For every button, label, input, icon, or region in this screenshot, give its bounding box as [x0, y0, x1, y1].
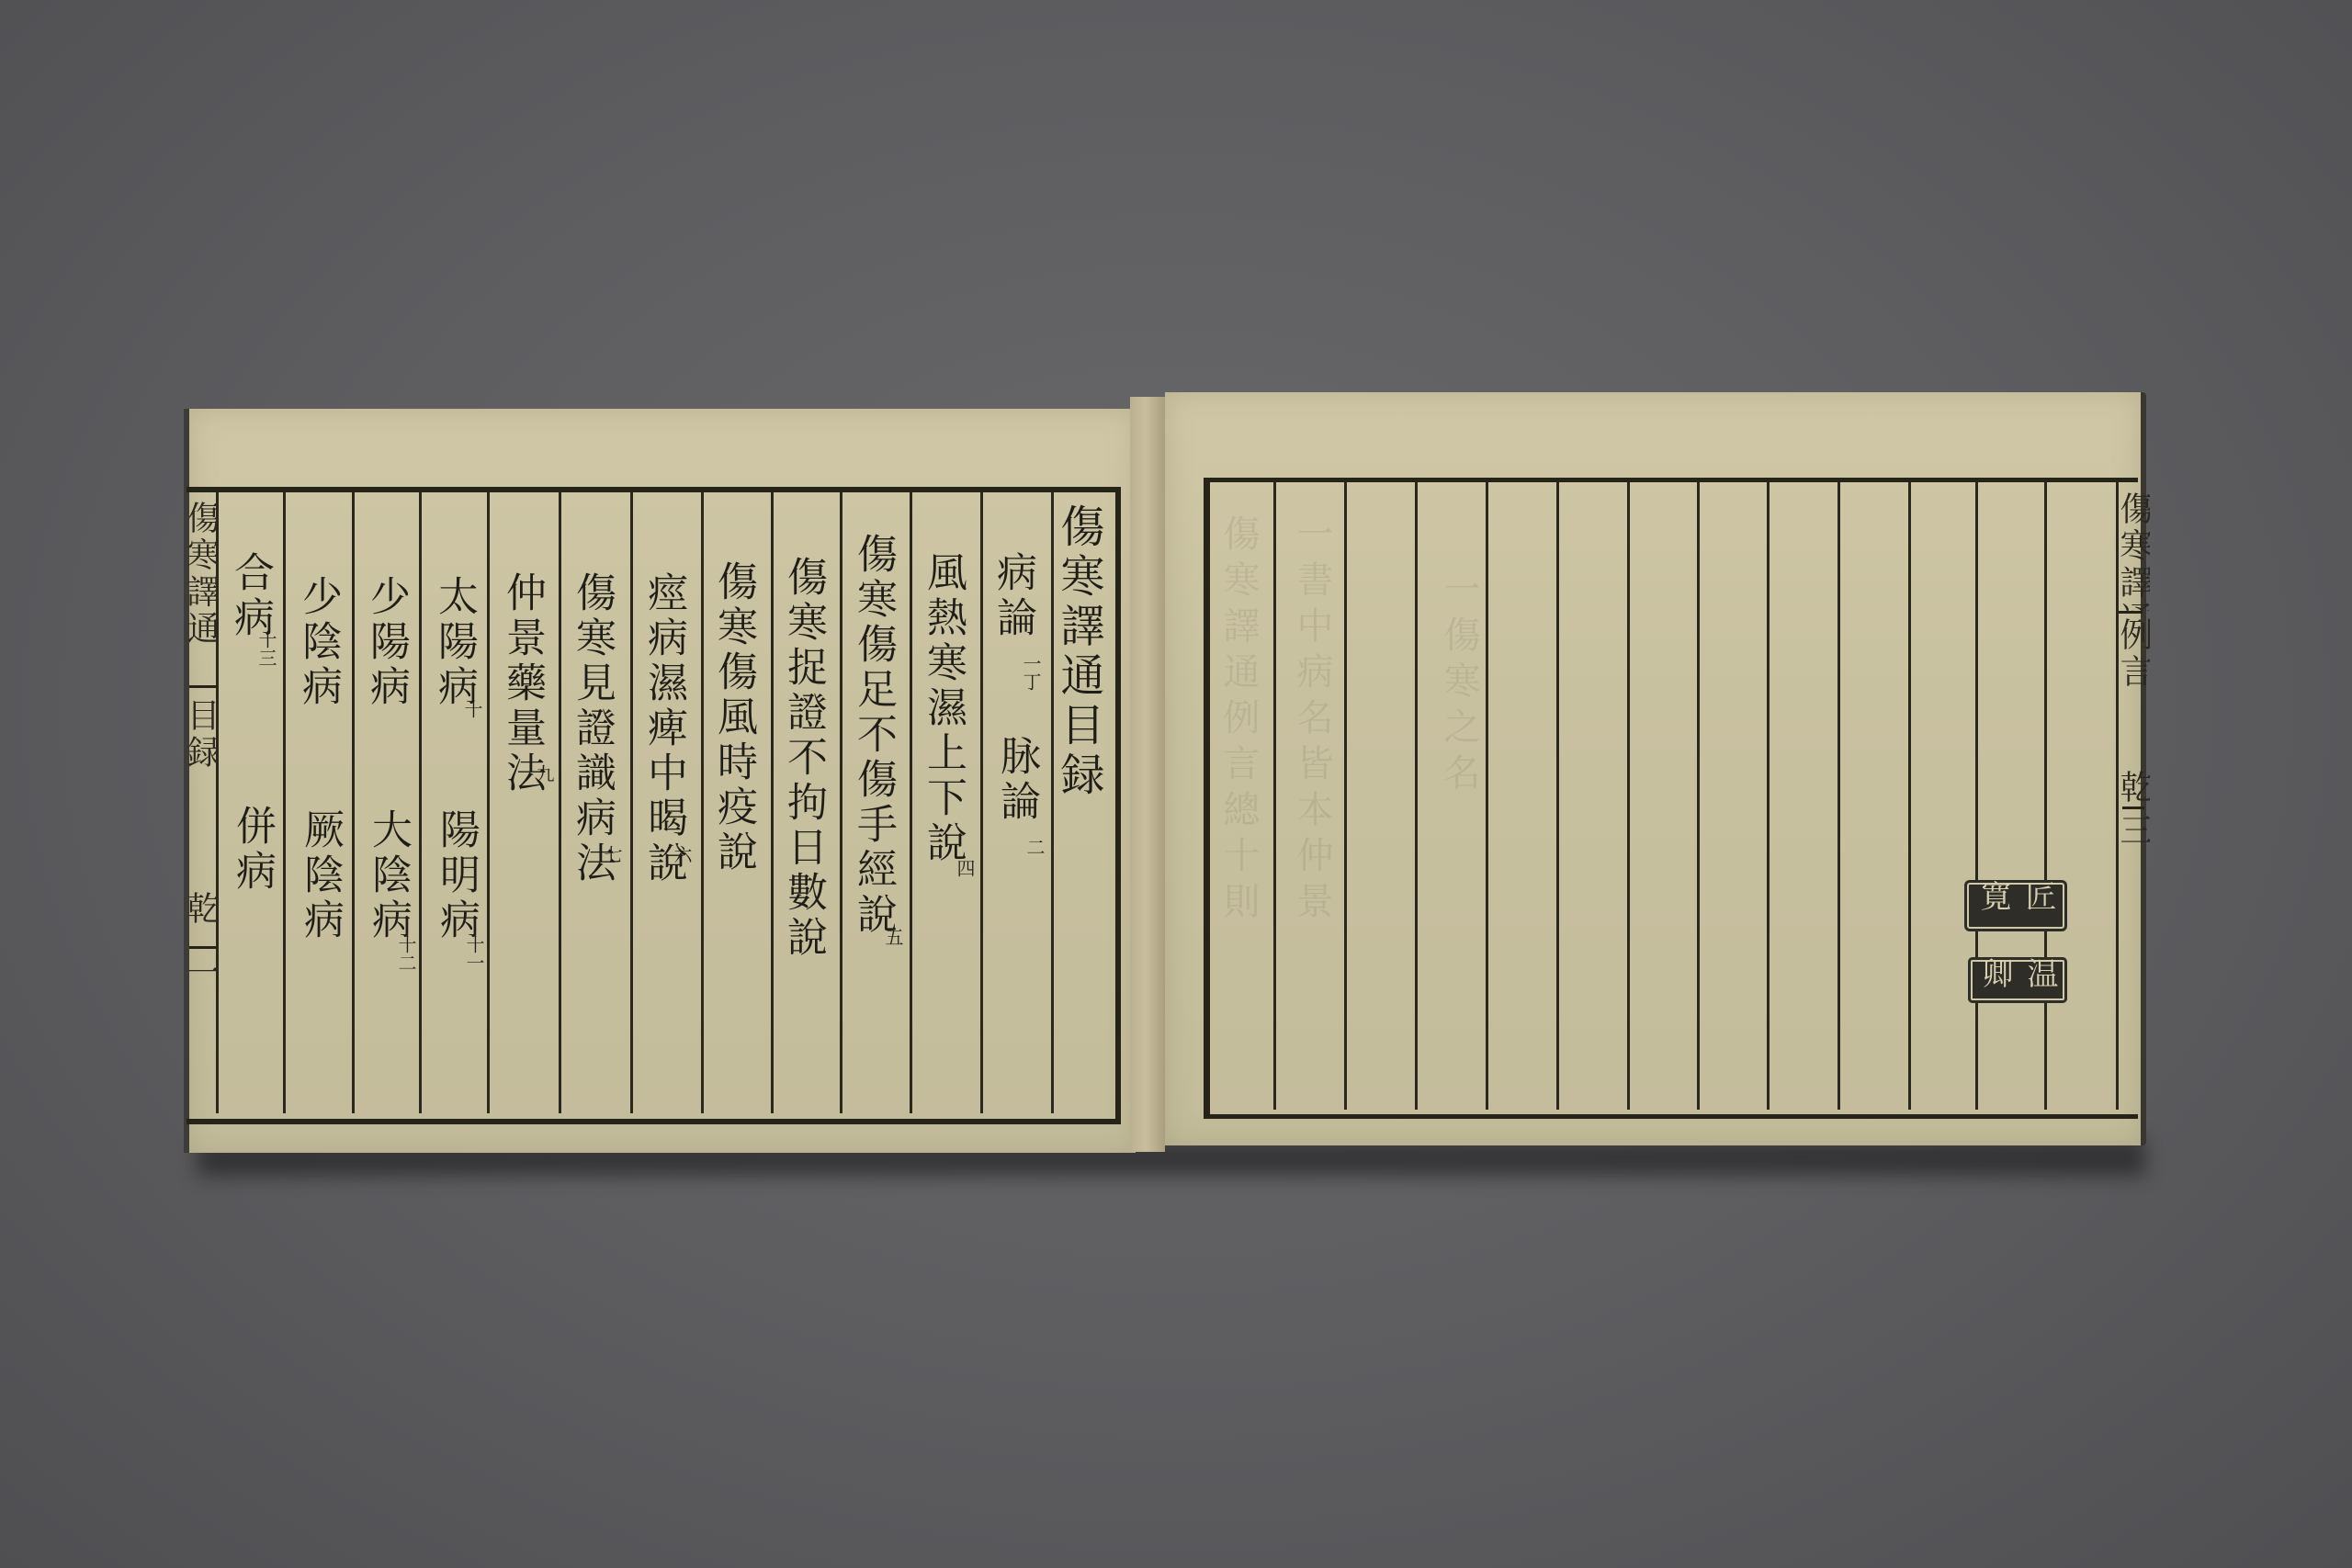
toc-entry: 大陰病	[367, 808, 408, 943]
column-rule	[1486, 482, 1488, 1110]
column-rule	[1767, 482, 1770, 1110]
toc-entry: 併病	[232, 805, 272, 895]
banxin-divider	[189, 685, 217, 688]
banxin-page-number: 一	[182, 955, 217, 1001]
banxin-title: 傷寒譯通	[2119, 491, 2150, 611]
column-rule	[1837, 482, 1840, 1110]
toc-entry: 陽明病	[435, 808, 476, 943]
column-rule	[559, 492, 561, 1113]
column-rule	[2044, 482, 2047, 1110]
toc-entry: 脉論	[996, 735, 1036, 825]
column-rule	[701, 492, 704, 1113]
lower-seal: 温卿	[1968, 957, 2067, 1003]
column-rule	[1273, 482, 1276, 1110]
column-rule	[840, 492, 842, 1113]
column-rule	[910, 492, 912, 1113]
toc-entry: 病論	[992, 551, 1033, 641]
banxin-page-number: 三	[2120, 813, 2150, 857]
toc-page-num: 十二	[397, 935, 415, 972]
toc-page-num: 十三	[257, 630, 276, 667]
toc-page-num: 五	[884, 928, 902, 946]
column-rule	[352, 492, 355, 1113]
column-rule	[980, 492, 983, 1113]
toc-entry: 厥陰病	[300, 808, 340, 943]
toc-entry: 仲景藥量法	[502, 571, 542, 796]
toc-title: 傷寒譯通目録	[1057, 503, 1101, 801]
column-rule	[1556, 482, 1559, 1110]
column-rule	[1975, 482, 1978, 1110]
toc-entry: 傷寒傷風時疫說	[713, 560, 753, 875]
column-rule	[283, 492, 286, 1113]
column-rule	[487, 492, 490, 1113]
banxin-divider	[2119, 611, 2143, 614]
toc-entry: 太陽病	[434, 575, 474, 710]
toc-entry: 傷寒傷足不傷手經說	[853, 533, 893, 938]
toc-page-num: 二	[1025, 838, 1044, 856]
toc-entry: 傷寒捉證不拘日數說	[783, 556, 823, 961]
toc-entry: 合病	[230, 551, 270, 641]
toc-page-num: 七	[603, 845, 621, 863]
toc-entry: 少陰病	[298, 575, 338, 710]
book-gutter	[1130, 397, 1165, 1152]
column-rule	[419, 492, 422, 1113]
upper-seal: 匠寛	[1964, 880, 2067, 931]
toc-page-num: 一丁	[1022, 654, 1040, 691]
column-rule	[1415, 482, 1418, 1110]
toc-entry: 風熱寒濕上下說	[922, 551, 963, 866]
banxin-divider	[2122, 807, 2144, 809]
banxin-volume-mark: 乾	[182, 891, 217, 937]
column-rule	[771, 492, 774, 1113]
banxin-section: 目録	[182, 698, 217, 790]
column-rule	[1697, 482, 1700, 1110]
column-rule	[1344, 482, 1347, 1110]
column-rule	[1627, 482, 1630, 1110]
toc-page-num: 六	[673, 845, 691, 863]
toc-entry: 少陽病	[366, 575, 406, 710]
toc-entry: 痙病濕痺中暍說	[643, 571, 684, 886]
column-rule	[630, 492, 633, 1113]
toc-page-num: 四	[955, 859, 974, 877]
column-rule	[1908, 482, 1911, 1110]
toc-entry: 傷寒見證識病法	[571, 571, 612, 886]
toc-page-num: 九	[535, 764, 553, 783]
toc-page-num: 十	[463, 700, 481, 718]
banxin-title: 傷寒譯通	[180, 501, 217, 684]
banxin-divider	[189, 946, 217, 949]
banxin-section: 例言	[2119, 617, 2150, 709]
toc-page-num: 十一	[465, 935, 483, 972]
